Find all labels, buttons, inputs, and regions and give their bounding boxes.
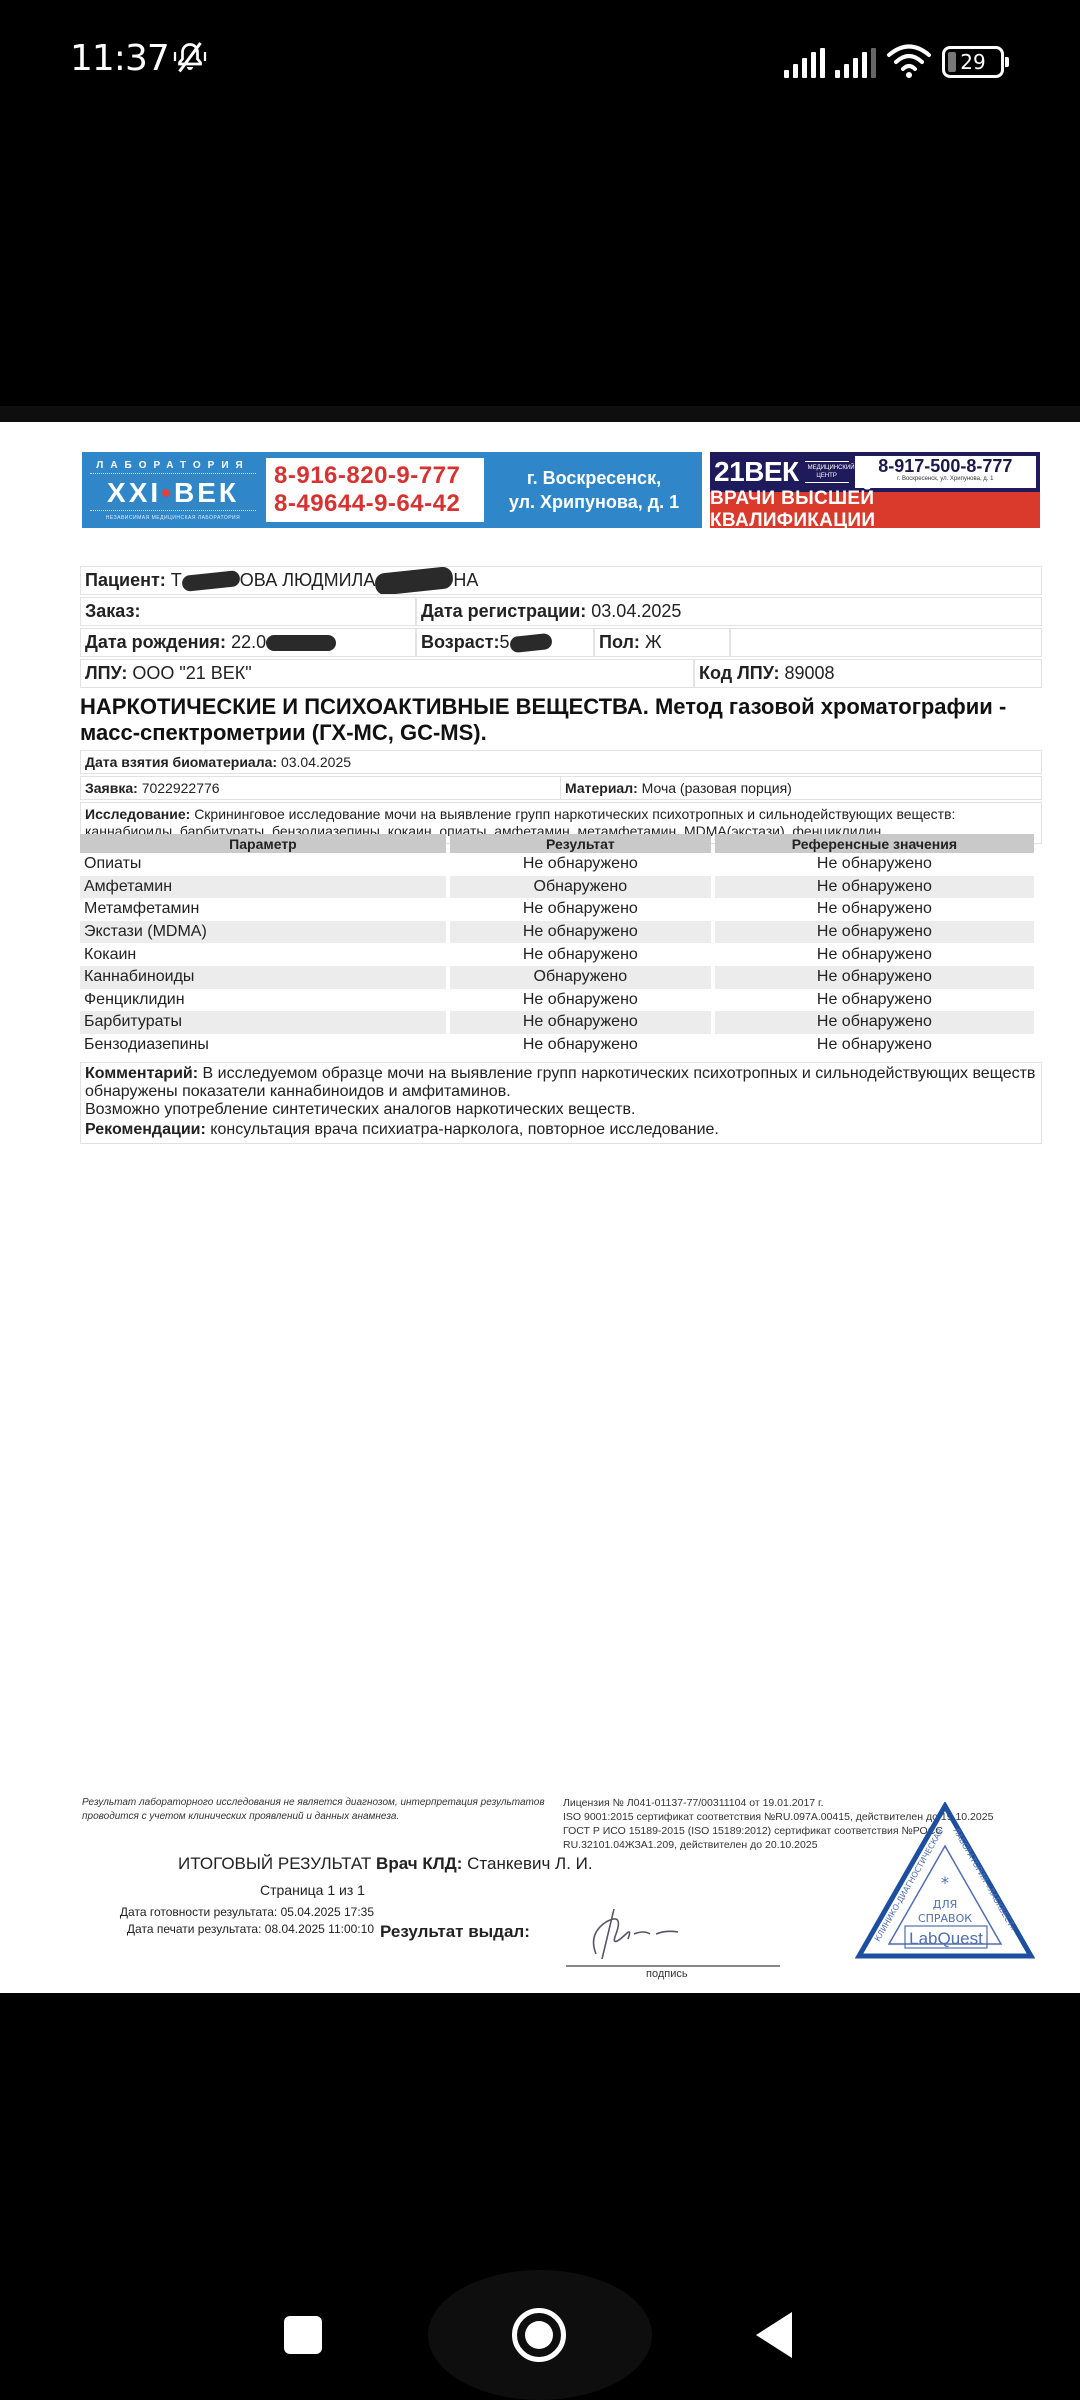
- issued-by-label: Результат выдал:: [380, 1922, 530, 1942]
- wifi-icon: [886, 44, 932, 78]
- result-ref: Не обнаружено: [715, 966, 1034, 989]
- disclaimer: Результат лабораторного исследования не …: [82, 1796, 552, 1824]
- lab-banner: ЛАБОРАТОРИЯ XXI•ВЕК НЕЗАВИСИМАЯ МЕДИЦИНС…: [82, 452, 1042, 532]
- result-ref: Не обнаружено: [715, 1034, 1034, 1057]
- table-row: МетамфетаминНе обнаруженоНе обнаружено: [80, 898, 1034, 921]
- material-cell: Материал: Моча (разовая порция): [561, 777, 796, 799]
- svg-text:*: *: [941, 1873, 949, 1892]
- header-parameter: Параметр: [80, 834, 446, 853]
- status-icons: 29: [784, 42, 1004, 78]
- study-meta: Дата взятия биоматериала: 03.04.2025 Зая…: [80, 750, 1042, 844]
- recents-button[interactable]: [284, 2316, 322, 2354]
- result-result: Не обнаружено: [450, 1011, 711, 1034]
- lab-phones: 8-916-820-9-777 8-49644-9-64-42: [266, 458, 484, 522]
- result-result: Обнаружено: [450, 966, 711, 989]
- lab-logo: ЛАБОРАТОРИЯ XXI•ВЕК НЕЗАВИСИМАЯ МЕДИЦИНС…: [90, 460, 256, 521]
- patient-info: Пациент: ТОВА ЛЮДМИЛАНА Заказ: Дата реги…: [80, 566, 1042, 690]
- lab-address: г. Воскресенск, ул. Хрипунова, д. 1: [494, 466, 694, 514]
- result-param: Амфетамин: [80, 876, 446, 899]
- signature-line: [566, 1965, 780, 1967]
- result-param: Кокаин: [80, 943, 446, 966]
- result-param: Экстази (MDMA): [80, 921, 446, 944]
- order-cell: Заказ:: [80, 597, 416, 626]
- center-label: МЕДИЦИНСКИЙ ЦЕНТР: [805, 461, 849, 483]
- result-param: Каннабиноиды: [80, 966, 446, 989]
- result-ref: Не обнаружено: [715, 876, 1034, 899]
- result-ref: Не обнаружено: [715, 1011, 1034, 1034]
- sample-date-cell: Дата взятия биоматериала: 03.04.2025: [81, 751, 355, 773]
- lab-report-document[interactable]: ЛАБОРАТОРИЯ XXI•ВЕК НЕЗАВИСИМАЯ МЕДИЦИНС…: [0, 422, 1080, 1993]
- table-row: Экстази (MDMA)Не обнаруженоНе обнаружено: [80, 921, 1034, 944]
- table-row: ФенциклидинНе обнаруженоНе обнаружено: [80, 989, 1034, 1012]
- birth-date-cell: Дата рождения: 22.0: [80, 628, 416, 657]
- sex-cell: Пол: Ж: [594, 628, 730, 657]
- result-param: Фенциклидин: [80, 989, 446, 1012]
- center-phone-box: 8-917-500-8-777 г. Воскресенск, ул. Хрип…: [855, 456, 1036, 488]
- result-result: Не обнаружено: [450, 1034, 711, 1057]
- age-cell: Возраст:5: [416, 628, 594, 657]
- redaction-scribble: [374, 566, 454, 595]
- status-bar: 11:37 29: [0, 0, 1080, 120]
- home-button[interactable]: [512, 2308, 566, 2362]
- result-result: Не обнаружено: [450, 943, 711, 966]
- header-result: Результат: [450, 834, 711, 853]
- table-row: КокаинНе обнаруженоНе обнаружено: [80, 943, 1034, 966]
- result-result: Не обнаружено: [450, 853, 711, 876]
- result-result: Не обнаружено: [450, 989, 711, 1012]
- patient-name-cell: Пациент: ТОВА ЛЮДМИЛАНА: [80, 566, 1042, 595]
- svg-text:СПРАВОК: СПРАВОК: [918, 1912, 972, 1925]
- study-title: НАРКОТИЧЕСКИЕ И ПСИХОАКТИВНЫЕ ВЕЩЕСТВА. …: [80, 694, 1042, 746]
- comment-text-2: Возможно употребление синтетических анал…: [85, 1101, 1037, 1119]
- results-table: Параметр Результат Референсные значения …: [76, 834, 1038, 1056]
- lpu-cell: ЛПУ: ООО "21 ВЕК": [80, 659, 694, 688]
- final-result-line: ИТОГОВЫЙ РЕЗУЛЬТАТ Врач КЛД: Станкевич Л…: [178, 1854, 593, 1874]
- redaction-scribble: [181, 570, 240, 592]
- result-dates: Дата готовности результата: 05.04.2025 1…: [88, 1904, 374, 1938]
- lab-phone-1: 8-916-820-9-777: [274, 462, 484, 490]
- header-reference: Референсные значения: [715, 834, 1034, 853]
- table-row: КаннабиноидыОбнаруженоНе обнаружено: [80, 966, 1034, 989]
- medical-center-banner: 21ВЕК МЕДИЦИНСКИЙ ЦЕНТР 8-917-500-8-777 …: [710, 452, 1040, 528]
- center-slogan: ВРАЧИ ВЫСШЕЙ КВАЛИФИКАЦИИ: [710, 492, 1040, 528]
- result-param: Метамфетамин: [80, 898, 446, 921]
- result-ref: Не обнаружено: [715, 898, 1034, 921]
- lab-phone-2: 8-49644-9-64-42: [274, 490, 484, 518]
- svg-text:ДЛЯ: ДЛЯ: [933, 1898, 958, 1911]
- result-param: Бензодиазепины: [80, 1034, 446, 1057]
- signal-sim1-icon: [784, 48, 825, 78]
- redaction-scribble: [266, 635, 336, 651]
- battery-level: 29: [960, 50, 985, 74]
- table-row: АмфетаминОбнаруженоНе обнаружено: [80, 876, 1034, 899]
- bell-muted-icon: [172, 40, 208, 76]
- battery-icon: 29: [942, 46, 1004, 78]
- redaction-scribble: [509, 633, 552, 653]
- center-address: г. Воскресенск, ул. Хрипунова, д. 1: [855, 476, 1036, 482]
- page-number: Страница 1 из 1: [260, 1882, 365, 1898]
- lab-xxi-vek-banner: ЛАБОРАТОРИЯ XXI•ВЕК НЕЗАВИСИМАЯ МЕДИЦИНС…: [82, 452, 702, 528]
- result-param: Опиаты: [80, 853, 446, 876]
- result-result: Обнаружено: [450, 876, 711, 899]
- table-row: БарбитуратыНе обнаруженоНе обнаружено: [80, 1011, 1034, 1034]
- center-phone: 8-917-500-8-777: [855, 456, 1036, 476]
- result-param: Барбитураты: [80, 1011, 446, 1034]
- lab-logo-subtitle: НЕЗАВИСИМАЯ МЕДИЦИНСКАЯ ЛАБОРАТОРИЯ: [90, 515, 256, 521]
- table-row: ОпиатыНе обнаруженоНе обнаружено: [80, 853, 1034, 876]
- signature-caption: подпись: [646, 1968, 688, 1980]
- lab-logo-title: ЛАБОРАТОРИЯ: [90, 460, 256, 471]
- lab-logo-name: XXI•ВЕК: [90, 478, 256, 508]
- empty-cell: [730, 628, 1042, 657]
- result-result: Не обнаружено: [450, 921, 711, 944]
- svg-text:LabQuest: LabQuest: [909, 1929, 983, 1948]
- result-ref: Не обнаружено: [715, 989, 1034, 1012]
- result-ref: Не обнаружено: [715, 943, 1034, 966]
- lpu-code-cell: Код ЛПУ: 89008: [694, 659, 1042, 688]
- back-button[interactable]: [756, 2312, 792, 2358]
- comment-box: Комментарий: В исследуемом образце мочи …: [80, 1062, 1042, 1144]
- labquest-stamp-icon: * ДЛЯ СПРАВОК LabQuest КЛИНИКО-ДИАГНОСТИ…: [855, 1802, 1035, 1962]
- request-cell: Заявка: 7022922776: [81, 777, 561, 799]
- reg-date-cell: Дата регистрации: 03.04.2025: [416, 597, 1042, 626]
- result-result: Не обнаружено: [450, 898, 711, 921]
- signal-sim2-icon: [835, 48, 876, 78]
- result-ref: Не обнаружено: [715, 853, 1034, 876]
- table-row: БензодиазепиныНе обнаруженоНе обнаружено: [80, 1034, 1034, 1057]
- signature-icon: [566, 1894, 686, 1964]
- result-ref: Не обнаружено: [715, 921, 1034, 944]
- status-time: 11:37: [70, 38, 169, 79]
- center-brand: 21ВЕК: [714, 456, 799, 488]
- viewer-top-edge: [0, 406, 1080, 422]
